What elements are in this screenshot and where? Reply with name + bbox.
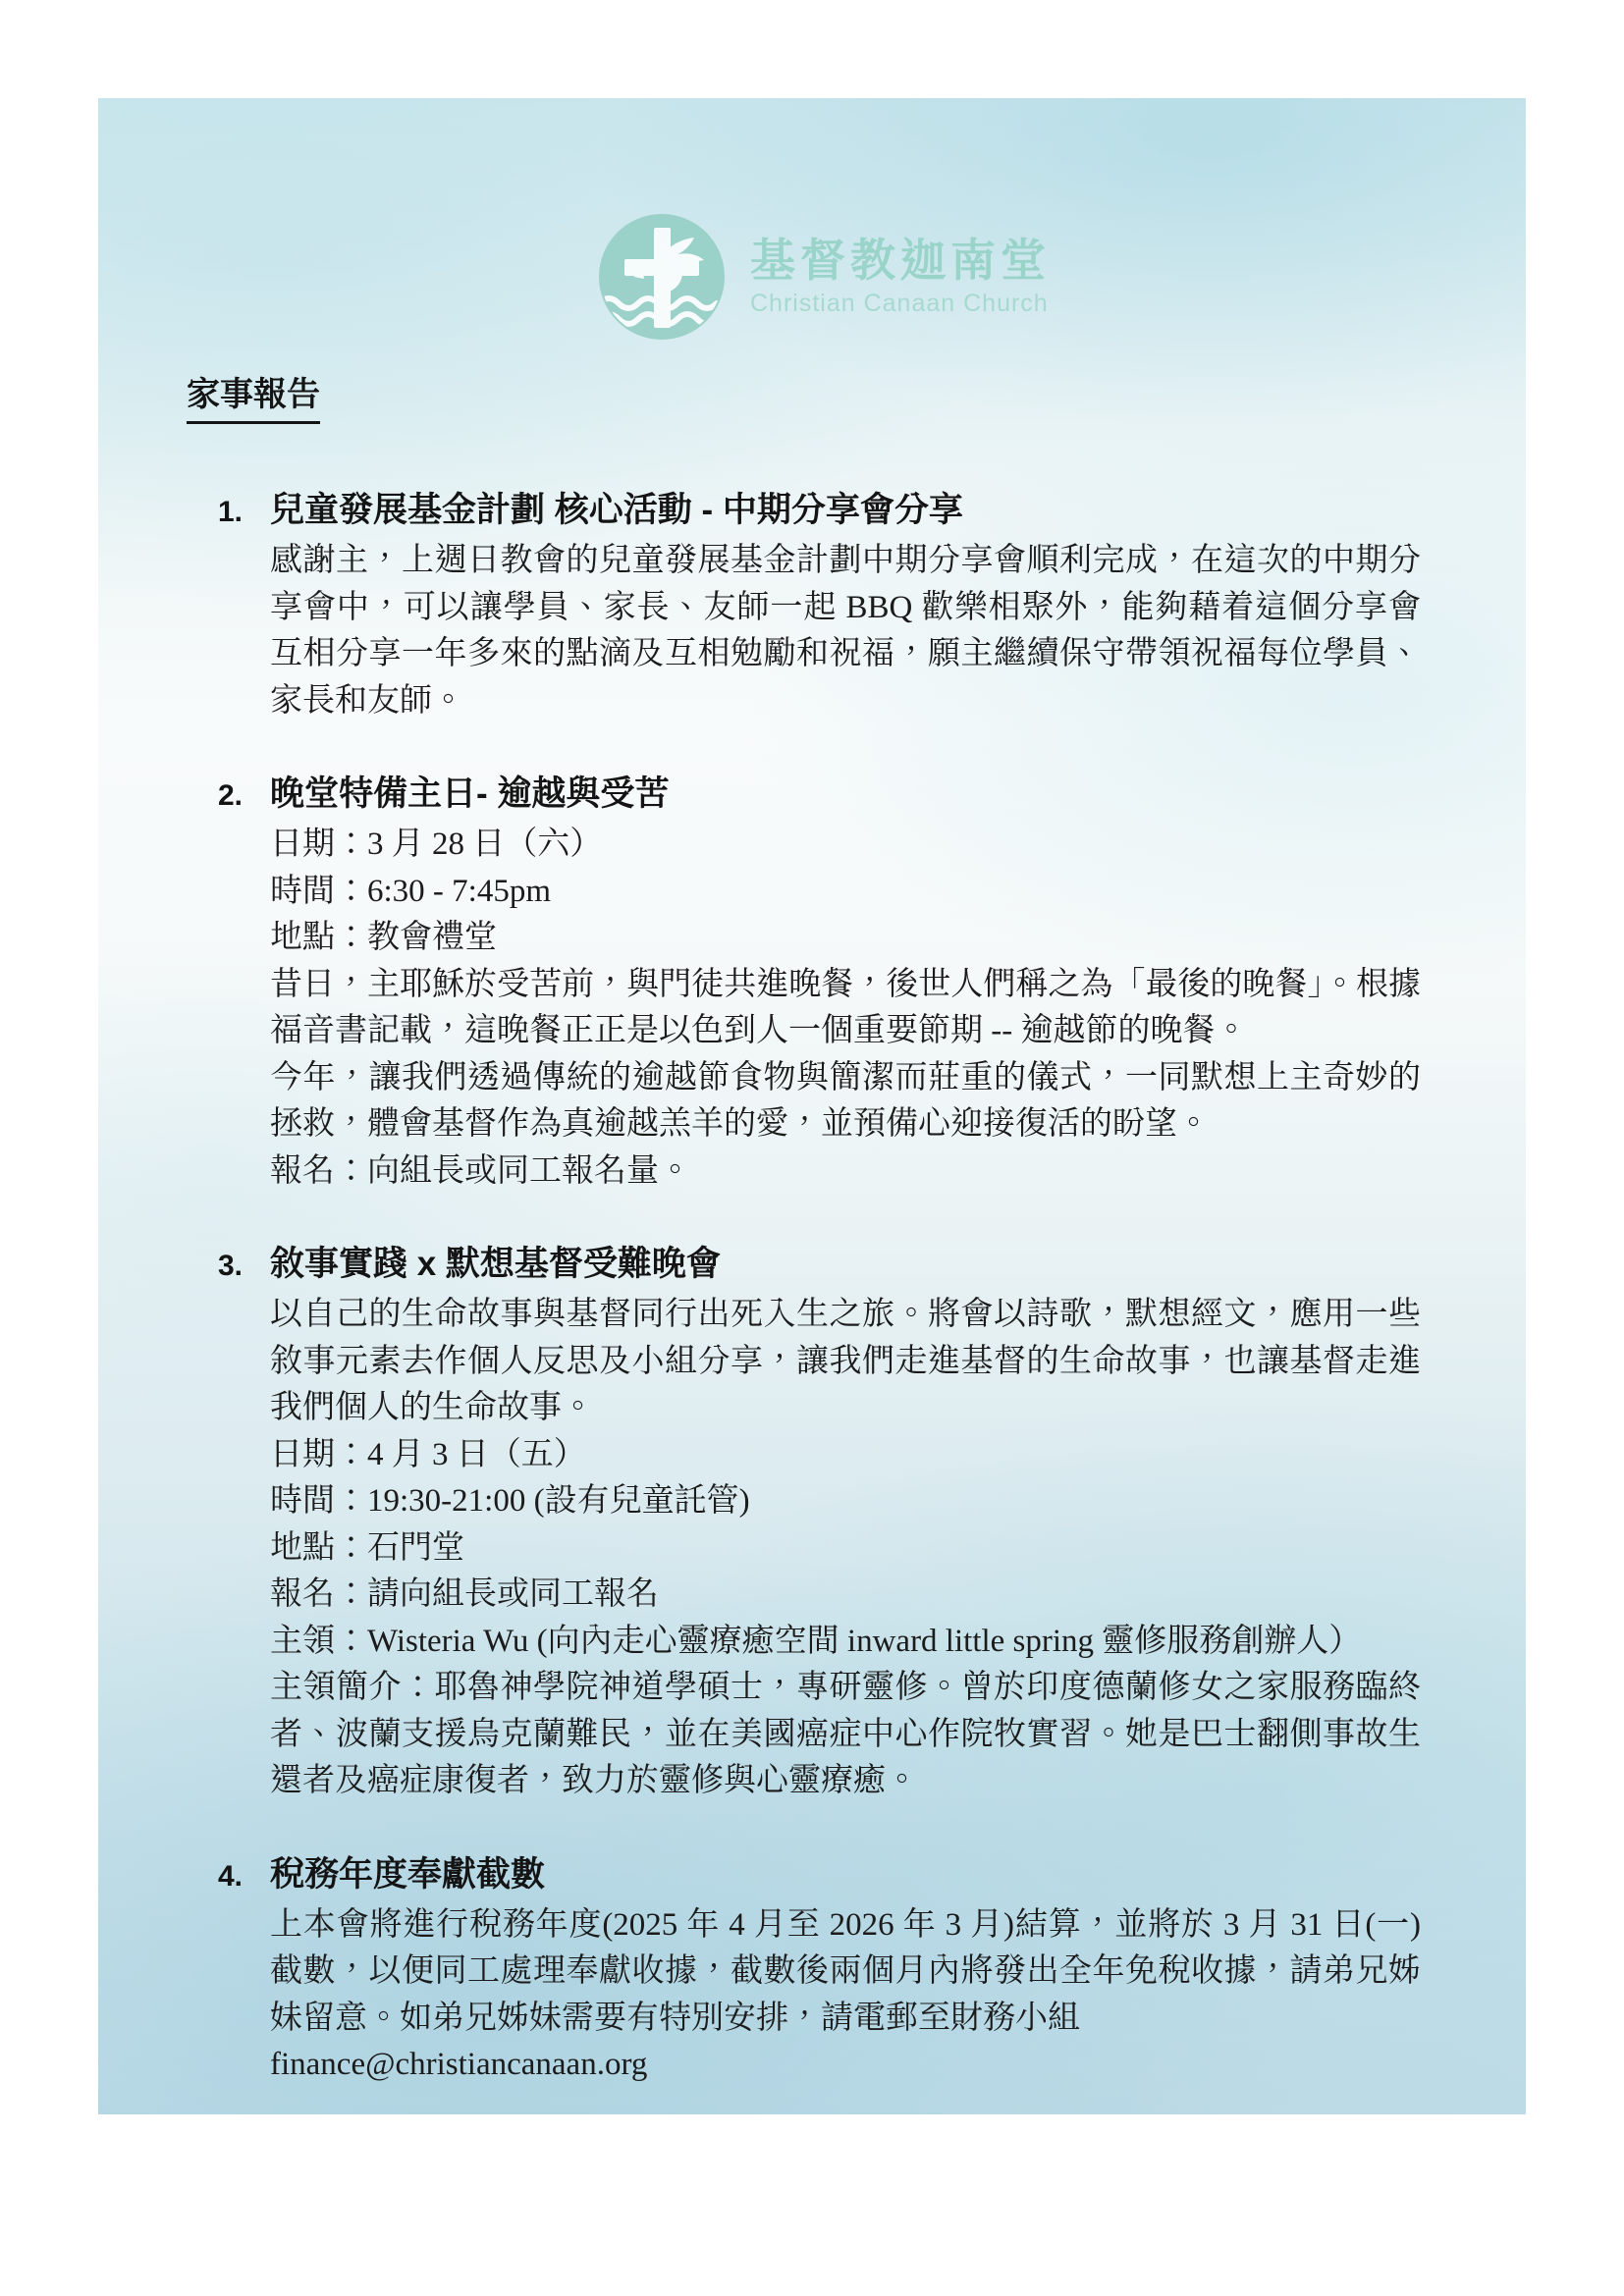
church-logo-icon bbox=[593, 208, 731, 346]
item-heading: 4. 稅務年度奉獻截數 bbox=[218, 1849, 1526, 1902]
item-body: 以自己的生命故事與基督同行出死入生之旅。將會以詩歌，默想經文，應用一些敘事元素去… bbox=[270, 1292, 1421, 1805]
announcement-item-2: 2. 晚堂特備主日- 逾越與受苦 日期：3 月 28 日（六） 時間：6:30 … bbox=[218, 769, 1526, 1195]
detail-line-date: 日期：4 月 3 日（五） bbox=[270, 1432, 1421, 1479]
announcement-item-1: 1. 兒童發展基金計劃 核心活動 - 中期分享會分享 感謝主，上週日教會的兒童發… bbox=[218, 485, 1526, 724]
item-title: 兒童發展基金計劃 核心活動 - 中期分享會分享 bbox=[270, 485, 963, 536]
detail-line-time: 時間：19:30-21:00 (設有兒童託管) bbox=[270, 1478, 1421, 1525]
detail-line-signup: 報名：向組長或同工報名量。 bbox=[270, 1148, 1421, 1196]
detail-line-venue: 地點：石門堂 bbox=[270, 1525, 1421, 1573]
body-paragraph: 主領簡介：耶魯神學院神道學碩士，專研靈修。曾於印度德蘭修女之家服務臨終者、波蘭支… bbox=[270, 1665, 1421, 1805]
item-body: 日期：3 月 28 日（六） 時間：6:30 - 7:45pm 地點：教會禮堂 … bbox=[270, 822, 1421, 1195]
detail-line-leader: 主領：Wisteria Wu (向內走心靈療癒空間 inward little … bbox=[270, 1619, 1421, 1666]
item-body: 感謝主，上週日教會的兒童發展基金計劃中期分享會順利完成，在這次的中期分享會中，可… bbox=[270, 538, 1421, 724]
item-number: 1. bbox=[218, 487, 270, 538]
item-number: 2. bbox=[218, 771, 270, 822]
detail-line-venue: 地點：教會禮堂 bbox=[270, 915, 1421, 962]
watercolor-background: 基督教迦南堂 Christian Canaan Church 家事報告 1. 兒… bbox=[98, 98, 1526, 2114]
item-title: 稅務年度奉獻截數 bbox=[270, 1849, 545, 1900]
item-heading: 3. 敘事實踐 x 默想基督受難晚會 bbox=[218, 1239, 1526, 1292]
announcement-list: 1. 兒童發展基金計劃 核心活動 - 中期分享會分享 感謝主，上週日教會的兒童發… bbox=[218, 485, 1526, 2089]
detail-line-date: 日期：3 月 28 日（六） bbox=[270, 822, 1421, 869]
item-heading: 1. 兒童發展基金計劃 核心活動 - 中期分享會分享 bbox=[218, 485, 1526, 538]
body-paragraph: 今年，讓我們透過傳統的逾越節食物與簡潔而莊重的儀式，一同默想上主奇妙的拯救，體會… bbox=[270, 1055, 1421, 1148]
finance-email-text: finance@christiancanaan.org bbox=[270, 2042, 1421, 2089]
body-paragraph: 昔日，主耶穌於受苦前，與門徒共進晚餐，後世人們稱之為「最後的晚餐」。根據福音書記… bbox=[270, 962, 1421, 1055]
item-body: 上本會將進行稅務年度(2025 年 4 月至 2026 年 3 月)結算，並將於… bbox=[270, 1902, 1421, 2089]
logo-text: 基督教迦南堂 Christian Canaan Church bbox=[750, 236, 1051, 318]
body-paragraph: 以自己的生命故事與基督同行出死入生之旅。將會以詩歌，默想經文，應用一些敘事元素去… bbox=[270, 1292, 1421, 1432]
item-number: 3. bbox=[218, 1241, 270, 1292]
item-number: 4. bbox=[218, 1851, 270, 1902]
item-title: 敘事實踐 x 默想基督受難晚會 bbox=[270, 1239, 721, 1290]
body-paragraph: 感謝主，上週日教會的兒童發展基金計劃中期分享會順利完成，在這次的中期分享會中，可… bbox=[270, 538, 1421, 724]
page-title-text: 家事報告 bbox=[187, 367, 320, 424]
church-logo: 基督教迦南堂 Christian Canaan Church bbox=[108, 208, 1536, 346]
detail-line-time: 時間：6:30 - 7:45pm bbox=[270, 869, 1421, 916]
body-paragraph: 上本會將進行稅務年度(2025 年 4 月至 2026 年 3 月)結算，並將於… bbox=[270, 1902, 1421, 2043]
announcement-item-4: 4. 稅務年度奉獻截數 上本會將進行稅務年度(2025 年 4 月至 2026 … bbox=[218, 1849, 1526, 2089]
logo-name-zh: 基督教迦南堂 bbox=[750, 236, 1051, 286]
detail-line-signup: 報名：請向組長或同工報名 bbox=[270, 1572, 1421, 1619]
announcement-item-3: 3. 敘事實踐 x 默想基督受難晚會 以自己的生命故事與基督同行出死入生之旅。將… bbox=[218, 1239, 1526, 1805]
logo-name-en: Christian Canaan Church bbox=[750, 290, 1051, 318]
document-page: 基督教迦南堂 Christian Canaan Church 家事報告 1. 兒… bbox=[0, 0, 1624, 2296]
item-heading: 2. 晚堂特備主日- 逾越與受苦 bbox=[218, 769, 1526, 822]
page-title: 家事報告 bbox=[187, 367, 1526, 424]
item-title: 晚堂特備主日- 逾越與受苦 bbox=[270, 769, 669, 820]
